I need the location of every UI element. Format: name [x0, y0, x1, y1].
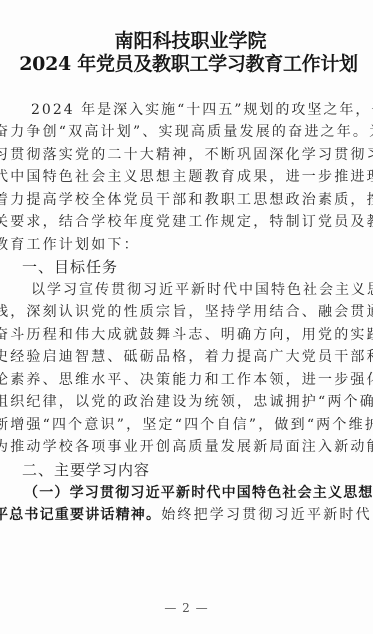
goals-paragraph-line: 断增强“四个意识”，坚定“四个自信”，做到“两个维护”， [0, 415, 372, 435]
subsection-text: 始终把学习贯彻习近平新时代中国特色 [161, 507, 373, 523]
intro-paragraph-line: 教育工作计划如下： [0, 235, 372, 255]
goals-paragraph-line: 史经验启迪智慧、砥砺品格，着力提高广大党员干部和教职工理 [0, 347, 372, 367]
goals-paragraph-line: 奋斗历程和伟大成就鼓舞斗志、明确方向，用党的实践创造和历 [0, 325, 372, 345]
goals-paragraph-line: 以学习宣传贯彻习近平新时代中国特色社会主义思想为主 [31, 280, 373, 300]
intro-paragraph-line: 2024 年是深入实施“十四五”规划的攻坚之年，也是我校 [31, 100, 373, 120]
intro-paragraph-line: 代中国特色社会主义思想主题教育成果，进一步推进理论武装， [0, 167, 372, 187]
subsection-line: 平总书记重要讲话精神。始终把学习贯彻习近平新时代中国特色 [0, 505, 373, 525]
goals-paragraph-line: 为推动学校各项事业开创高质量发展新局面注入新动能。 [0, 437, 372, 457]
section-heading-goals: 一、目标任务 [22, 257, 118, 277]
section-heading-content: 二、主要学习内容 [22, 460, 150, 480]
subsection-heading-end: 平总书记重要讲话精神。 [0, 507, 161, 523]
subsection-heading: （一）学习贯彻习近平新时代中国特色社会主义思想和习近 [24, 483, 373, 503]
document-title-plan: 2024 年党员及教职工学习教育工作计划 [2, 49, 373, 76]
goals-paragraph-line: 线，深刻认识党的性质宗旨，坚持学用结合、融会贯通，用党的 [0, 302, 372, 322]
goals-paragraph-line: 论素养、思维水平、决策能力和工作本领，进一步强化政治纪律、 [0, 370, 372, 390]
intro-paragraph-line: 习贯彻落实党的二十大精神，不断巩固深化学习贯彻习近平新时 [0, 145, 372, 165]
goals-paragraph-line: 组织纪律，以党的政治建设为统领，忠诚拥护“两个确立”，不 [0, 392, 372, 412]
page-number: — 2 — [0, 601, 373, 615]
document-page: 南阳科技职业学院 2024 年党员及教职工学习教育工作计划 2024 年是深入实… [0, 0, 373, 634]
intro-paragraph-line: 关要求，结合学校年度党建工作规定，特制订党员及教职工学习 [0, 212, 372, 232]
intro-paragraph-line: 着力提高学校全体党员干部和教职工思想政治素质，按照市委有 [0, 190, 372, 210]
intro-paragraph-line: 奋力争创“双高计划”、实现高质量发展的奋进之年。为系统学 [0, 122, 372, 142]
